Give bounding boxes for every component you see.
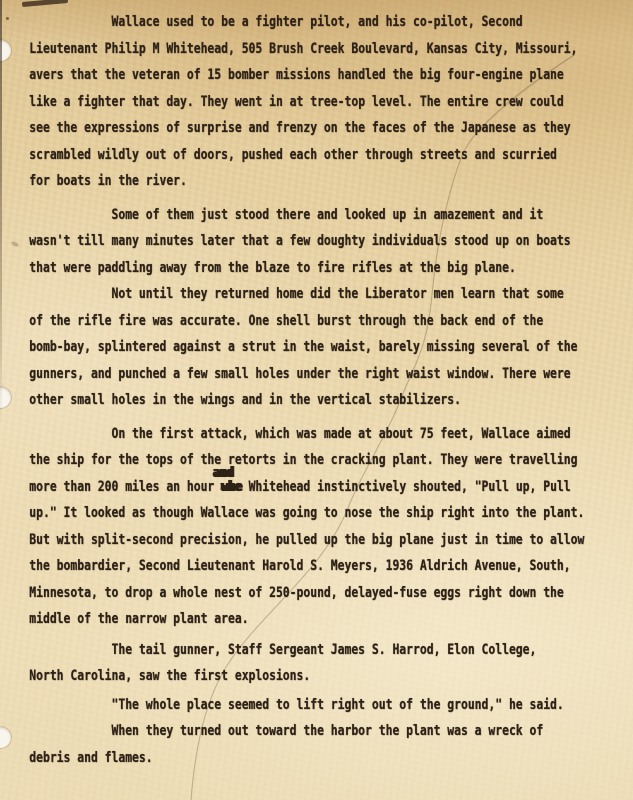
text-line: The tail gunner, Staff Sergeant James S.… bbox=[29, 637, 633, 664]
typewritten-text: Wallace used to be a fighter pilot, and … bbox=[0, 9, 633, 771]
text-line: of the rifle fire was accurate. One shel… bbox=[29, 308, 633, 335]
paragraph: On the first attack, which was made at a… bbox=[29, 421, 633, 633]
text-line: more than 200 miles an hour wheand White… bbox=[29, 474, 633, 501]
text-line: North Carolina, saw the first explosions… bbox=[29, 663, 633, 690]
text-line: wasn't till many minutes later that a fe… bbox=[29, 228, 633, 255]
text-line: Minnesota, to drop a whole nest of 250-p… bbox=[29, 580, 633, 607]
paragraph: "The whole place seemed to lift right ou… bbox=[29, 692, 633, 719]
text-line: On the first attack, which was made at a… bbox=[29, 421, 633, 448]
text-line: Not until they returned home did the Lib… bbox=[29, 281, 633, 308]
text-line: bomb-bay, splintered against a strut in … bbox=[29, 334, 633, 361]
text-line: Some of them just stood there and looked… bbox=[29, 202, 633, 229]
text-line: the bombardier, Second Lieutenant Harold… bbox=[29, 553, 633, 580]
paragraph: Wallace used to be a fighter pilot, and … bbox=[29, 9, 633, 195]
text-line: the ship for the tops of the retorts in … bbox=[29, 447, 633, 474]
text-line: scrambled wildly out of doors, pushed ea… bbox=[29, 142, 633, 169]
text-line: see the expressions of surprise and fren… bbox=[29, 115, 633, 142]
interline-insertion: and bbox=[213, 466, 234, 480]
text-line: "The whole place seemed to lift right ou… bbox=[29, 692, 633, 719]
document-page: Wallace used to be a fighter pilot, and … bbox=[0, 0, 633, 800]
paragraph: Some of them just stood there and looked… bbox=[29, 202, 633, 282]
text-line: Lieutenant Philip M Whitehead, 505 Brush… bbox=[29, 36, 633, 63]
text-line: avers that the veteran of 15 bomber miss… bbox=[29, 62, 633, 89]
paragraph: Not until they returned home did the Lib… bbox=[29, 281, 633, 414]
text-line: for boats in the river. bbox=[29, 168, 633, 195]
text-line: up." It looked as though Wallace was goi… bbox=[29, 500, 633, 527]
paragraph: The tail gunner, Staff Sergeant James S.… bbox=[29, 637, 633, 690]
text-line: other small holes in the wings and in th… bbox=[29, 387, 633, 414]
text-line: middle of the narrow plant area. bbox=[29, 606, 633, 633]
text-line: that were paddling away from the blaze t… bbox=[29, 255, 633, 282]
paragraph: When they turned out toward the harbor t… bbox=[29, 718, 633, 771]
text-line: gunners, and punched a few small holes u… bbox=[29, 361, 633, 388]
text-segment: Whitehead instinctively shouted, "Pull u… bbox=[242, 479, 571, 495]
struck-word: wheand bbox=[221, 479, 242, 495]
text-line: Wallace used to be a fighter pilot, and … bbox=[29, 9, 633, 36]
text-line: debris and flames. bbox=[29, 745, 633, 772]
text-line: But with split-second precision, he pull… bbox=[29, 527, 633, 554]
text-segment: more than 200 miles an hour bbox=[29, 479, 221, 495]
text-line: like a fighter that day. They went in at… bbox=[29, 89, 633, 116]
text-line: When they turned out toward the harbor t… bbox=[29, 718, 633, 745]
